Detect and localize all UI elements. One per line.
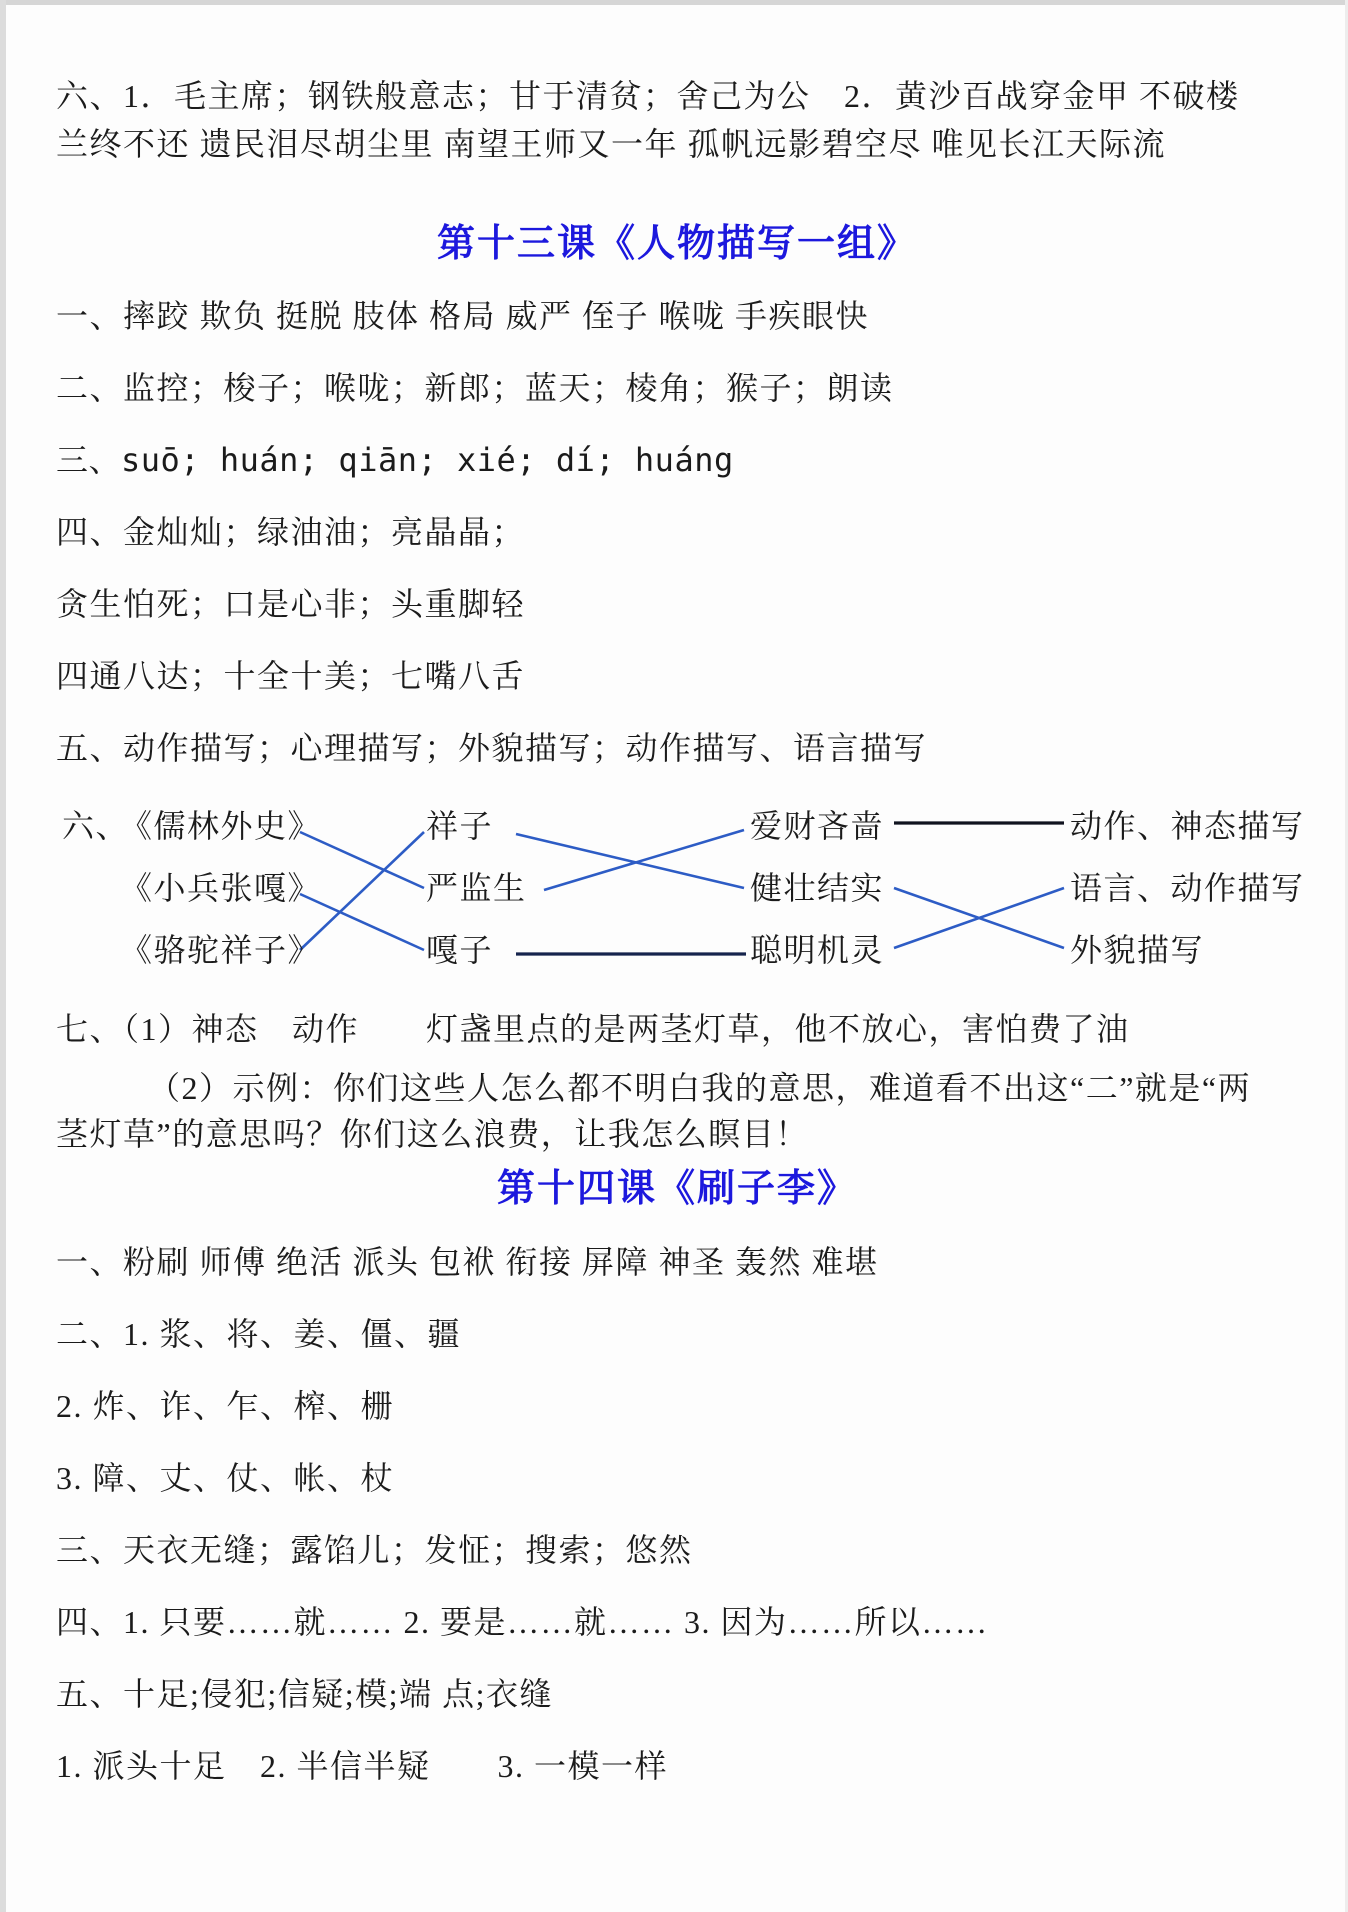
lesson14-answer-3: 三、天衣无缝；露馅儿；发怔；搜索；悠然: [56, 1528, 1298, 1572]
match-trait-2: 健壮结实: [750, 868, 884, 908]
lesson14-answer-4: 四、1. 只要……就…… 2. 要是……就…… 3. 因为……所以……: [56, 1600, 1298, 1644]
match-description-1: 动作、神态描写: [1070, 806, 1305, 846]
match-description-2: 语言、动作描写: [1070, 868, 1305, 908]
lesson13-answer-7-2a: （2）示例：你们这些人怎么都不明白我的意思，难道看不出这“二”就是“两: [56, 1065, 1298, 1111]
document-content: 六、1．毛主席；钢铁般意志；甘于清贫；舍己为公 2．黄沙百战穿金甲 不破楼 兰终…: [0, 0, 1348, 1788]
lesson13-answer-3-pinyin: 三、suō; huán; qiān; xié; dí; huáng: [56, 438, 1298, 482]
line-xiangzi-to-jianzhuangjieshi: [516, 834, 744, 888]
lesson14-answer-2c: 3. 障、丈、仗、帐、杖: [56, 1456, 1298, 1500]
item-six-label: 六、: [62, 806, 129, 846]
match-book-1: 《儒林外史》: [120, 806, 321, 846]
scanned-answer-page: 六、1．毛主席；钢铁般意志；甘于清贫；舍己为公 2．黄沙百战穿金甲 不破楼 兰终…: [0, 0, 1348, 1912]
lesson13-answer-2: 二、监控；梭子；喉咙；新郎；蓝天；棱角；猴子；朗读: [56, 366, 1298, 410]
matching-exercise: 六、 《儒林外史》 《小兵张嘎》 《骆驼祥子》 祥子 严监生 嘎子 爱财吝啬 健…: [0, 798, 1348, 993]
match-character-2: 严监生: [426, 868, 527, 908]
lesson14-answer-1: 一、粉刷 师傅 绝活 派头 包袱 衔接 屏障 神圣 轰然 难堪: [56, 1240, 1298, 1284]
match-character-3: 嘎子: [426, 930, 493, 970]
match-trait-3: 聪明机灵: [750, 930, 884, 970]
prev-lesson-answer-line-1: 六、1．毛主席；钢铁般意志；甘于清贫；舍己为公 2．黄沙百战穿金甲 不破楼: [56, 72, 1298, 120]
match-description-3: 外貌描写: [1070, 930, 1204, 970]
lesson13-title: 第十三课《人物描写一组》: [56, 218, 1298, 270]
lesson14-answer-2b: 2. 炸、诈、乍、榨、栅: [56, 1384, 1298, 1428]
prev-lesson-answer-line-2: 兰终不还 遗民泪尽胡尘里 南望王师又一年 孤帆远影碧空尽 唯见长江天际流: [56, 120, 1298, 168]
match-book-3: 《骆驼祥子》: [120, 930, 321, 970]
lesson14-title: 第十四课《刷子李》: [56, 1163, 1298, 1215]
lesson13-answer-7-2b: 茎灯草”的意思吗？你们这么浪费，让我怎么瞑目！: [56, 1111, 1298, 1157]
lesson13-answer-7-1: 七、（1）神态 动作 灯盏里点的是两茎灯草，他不放心，害怕费了油: [56, 1007, 1298, 1051]
lesson13-answer-4a: 四、金灿灿；绿油油；亮晶晶；: [56, 510, 1298, 554]
lesson14-answer-2a: 二、1. 浆、将、姜、僵、疆: [56, 1312, 1298, 1356]
match-book-2: 《小兵张嘎》: [120, 868, 321, 908]
lesson13-answer-5: 五、动作描写；心理描写；外貌描写；动作描写、语言描写: [56, 726, 1298, 770]
lesson13-answer-4b: 贪生怕死；口是心非；头重脚轻: [56, 582, 1298, 626]
lesson13-answer-1: 一、摔跤 欺负 挺脱 肢体 格局 威严 侄子 喉咙 手疾眼快: [56, 294, 1298, 338]
match-character-1: 祥子: [426, 806, 493, 846]
lesson14-answer-5b: 1. 派头十足 2. 半信半疑 3. 一模一样: [56, 1744, 1298, 1788]
lesson14-answer-5: 五、十足;侵犯;信疑;模;端 点;衣缝: [56, 1672, 1298, 1716]
lesson13-answer-4c: 四通八达；十全十美；七嘴八舌: [56, 654, 1298, 698]
match-trait-1: 爱财吝啬: [750, 806, 884, 846]
